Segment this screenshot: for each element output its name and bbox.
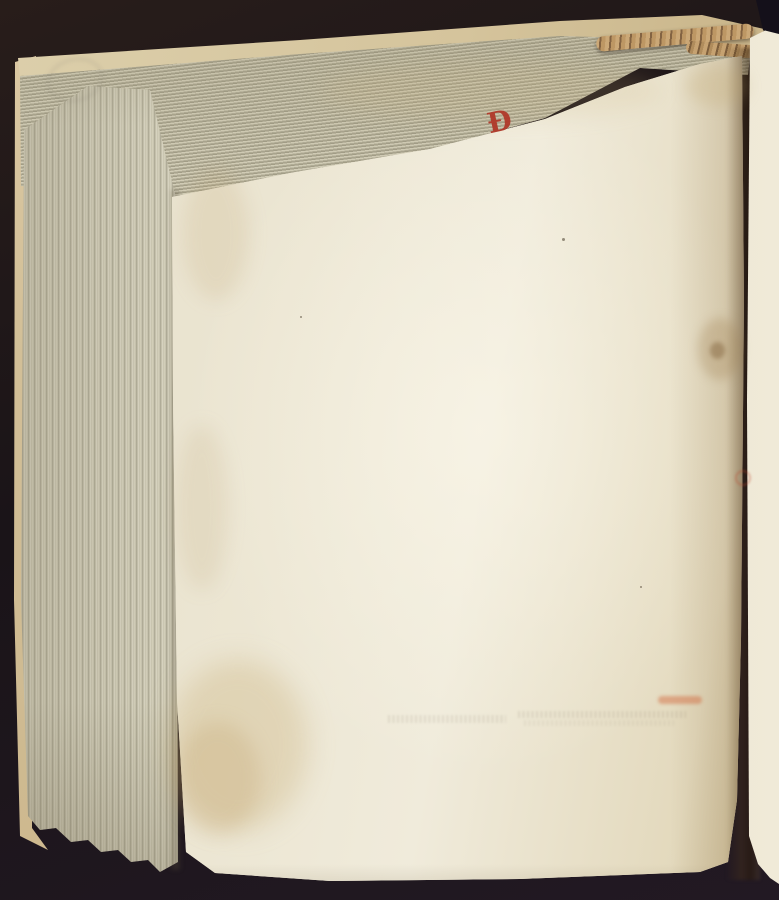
book-photograph: Ɖ aliud mandatū ē. nō ocupisces. ⁊ aliud… (0, 0, 779, 900)
stain (176, 722, 260, 834)
show-through-text (524, 720, 674, 726)
text-column-left: aliud mandatū ē. nō ocupisces. ⁊ aliud n… (232, 156, 510, 738)
text-column-right: loquendo formalr̄ p̄ut illa ōiuncta sunt… (517, 162, 742, 714)
stain (176, 425, 228, 590)
stain (686, 66, 748, 106)
